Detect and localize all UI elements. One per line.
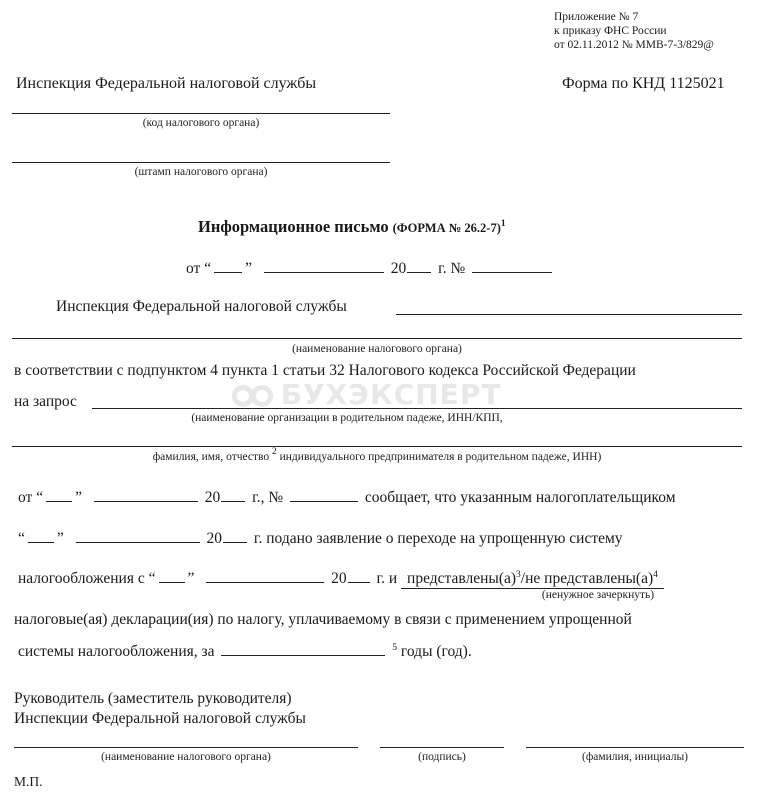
- p1-text: сообщает, что указанным налогоплательщик…: [365, 489, 676, 506]
- title-footnote: 1: [501, 219, 506, 229]
- request-person-field[interactable]: [12, 446, 742, 447]
- title-form-number: (ФОРМА № 26.2-7): [393, 221, 501, 235]
- tax-authority-stamp-caption: (штамп налогового органа): [12, 166, 390, 178]
- quote-open: “: [36, 489, 43, 506]
- quote-close: ”: [188, 570, 195, 587]
- signature-role-line-2: Инспекции Федеральной налоговой службы: [14, 709, 306, 729]
- paragraph-1: от “” 20 г., № сообщает, что указанным н…: [18, 487, 676, 507]
- title-main: Информационное письмо: [198, 217, 389, 236]
- request-organization-field[interactable]: [92, 408, 742, 409]
- annex-block: Приложение № 7 к приказу ФНС России от 0…: [554, 10, 714, 52]
- request-label: на запрос: [14, 393, 77, 411]
- month-field[interactable]: [264, 258, 384, 273]
- request-caption-2: фамилия, имя, отчество 2 индивидуального…: [12, 451, 742, 463]
- p5-prefix: системы налогообложения, за: [18, 643, 215, 660]
- tax-authority-code-field[interactable]: [12, 113, 390, 114]
- inspection-label: Инспекция Федеральной налоговой службы: [56, 298, 347, 316]
- day-field[interactable]: [214, 258, 242, 273]
- page-title: Информационное письмо (ФОРМА № 26.2-7)1: [198, 217, 506, 237]
- year-field[interactable]: [407, 258, 431, 273]
- tax-authority-stamp-field[interactable]: [12, 162, 390, 163]
- p3-month-field[interactable]: [206, 568, 324, 583]
- p3-day-field[interactable]: [159, 568, 185, 583]
- signature-org-caption: (наименование налогового органа): [14, 751, 358, 763]
- caption-fio: фамилия, имя, отчество: [153, 451, 269, 463]
- tax-authority-code-caption: (код налогового органа): [12, 117, 390, 129]
- inspection-name-field[interactable]: [396, 314, 742, 315]
- footnote-5: 5: [392, 643, 397, 653]
- paragraph-2: “” 20 г. подано заявление о переходе на …: [18, 528, 623, 548]
- annex-line-1: Приложение № 7: [554, 10, 714, 24]
- p1-month-field[interactable]: [94, 487, 198, 502]
- signature-org-field[interactable]: [14, 747, 358, 748]
- inspection-name-field-2[interactable]: [12, 338, 742, 339]
- footnote-4: 4: [653, 570, 658, 580]
- p3-mid: г. и: [377, 570, 398, 587]
- p1-year-prefix: 20: [205, 489, 221, 506]
- p3-year-prefix: 20: [331, 570, 347, 587]
- signature-field[interactable]: [380, 747, 504, 748]
- signature-role-line-1: Руководитель (заместитель руководителя): [14, 689, 306, 709]
- watermark-text: БУХЭКСПЕРТ: [281, 378, 502, 411]
- quote-close: ”: [57, 530, 64, 547]
- paragraph-3: налогообложения с “” 20 г. и представлен…: [18, 568, 664, 588]
- years-field[interactable]: [221, 641, 385, 656]
- p2-day-field[interactable]: [28, 528, 54, 543]
- p2-year-field[interactable]: [223, 528, 247, 543]
- year-prefix: 20: [391, 260, 407, 277]
- p3-year-field[interactable]: [348, 568, 370, 583]
- number-label: г. №: [438, 260, 465, 277]
- p1-number-field[interactable]: [290, 487, 358, 502]
- watermark: БУХЭКСПЕРТ: [232, 378, 501, 411]
- legal-basis: в соответствии с подпунктом 4 пункта 1 с…: [14, 362, 636, 380]
- request-caption-1: (наименование организации в родительном …: [92, 412, 602, 424]
- seal-label: М.П.: [14, 774, 43, 790]
- p2-month-field[interactable]: [76, 528, 200, 543]
- p1-number-label: г., №: [252, 489, 283, 506]
- signature-name-caption: (фамилия, инициалы): [526, 751, 744, 763]
- p5-suffix: годы (год).: [401, 643, 472, 660]
- quote-open: “: [204, 260, 211, 277]
- strike-caption: (ненужное зачеркнуть): [448, 589, 748, 601]
- signature-caption: (подпись): [380, 751, 504, 763]
- annex-line-3: от 02.11.2012 № ММВ-7-3/829@: [554, 38, 714, 52]
- quote-open: “: [149, 570, 156, 587]
- letter-number-field[interactable]: [472, 258, 552, 273]
- quote-close: ”: [75, 489, 82, 506]
- signature-name-field[interactable]: [526, 747, 744, 748]
- paragraph-4: налоговые(ая) декларации(ия) по налогу, …: [14, 611, 632, 629]
- p1-year-field[interactable]: [221, 487, 245, 502]
- p3-prefix: налогообложения с: [18, 570, 145, 587]
- paragraph-5: системы налогообложения, за 5 годы (год)…: [18, 641, 472, 661]
- watermark-logo-icon: [251, 385, 273, 407]
- date-from-label: от: [186, 260, 200, 277]
- header-authority: Инспекция Федеральной налоговой службы: [16, 75, 316, 93]
- submission-status-choice[interactable]: представлены(а)3/не представлены(а)4: [401, 570, 664, 589]
- caption-footnote: 2: [272, 447, 277, 457]
- inspection-name-caption: (наименование налогового органа): [12, 343, 742, 355]
- quote-close: ”: [245, 260, 252, 277]
- signature-role: Руководитель (заместитель руководителя) …: [14, 689, 306, 729]
- letter-date-line: от “” 20 г. №: [186, 258, 555, 278]
- option-submitted[interactable]: представлены(а): [407, 570, 516, 587]
- option-not-submitted[interactable]: не представлены(а): [525, 570, 653, 587]
- annex-line-2: к приказу ФНС России: [554, 24, 714, 38]
- p2-year-prefix: 20: [207, 530, 223, 547]
- p2-text: г. подано заявление о переходе на упроще…: [254, 530, 623, 547]
- p1-day-field[interactable]: [46, 487, 72, 502]
- form-code: Форма по КНД 1125021: [562, 75, 725, 93]
- quote-open: “: [18, 530, 25, 547]
- p1-from: от: [18, 489, 32, 506]
- caption-entrepreneur: индивидуального предпринимателя в родите…: [280, 451, 602, 463]
